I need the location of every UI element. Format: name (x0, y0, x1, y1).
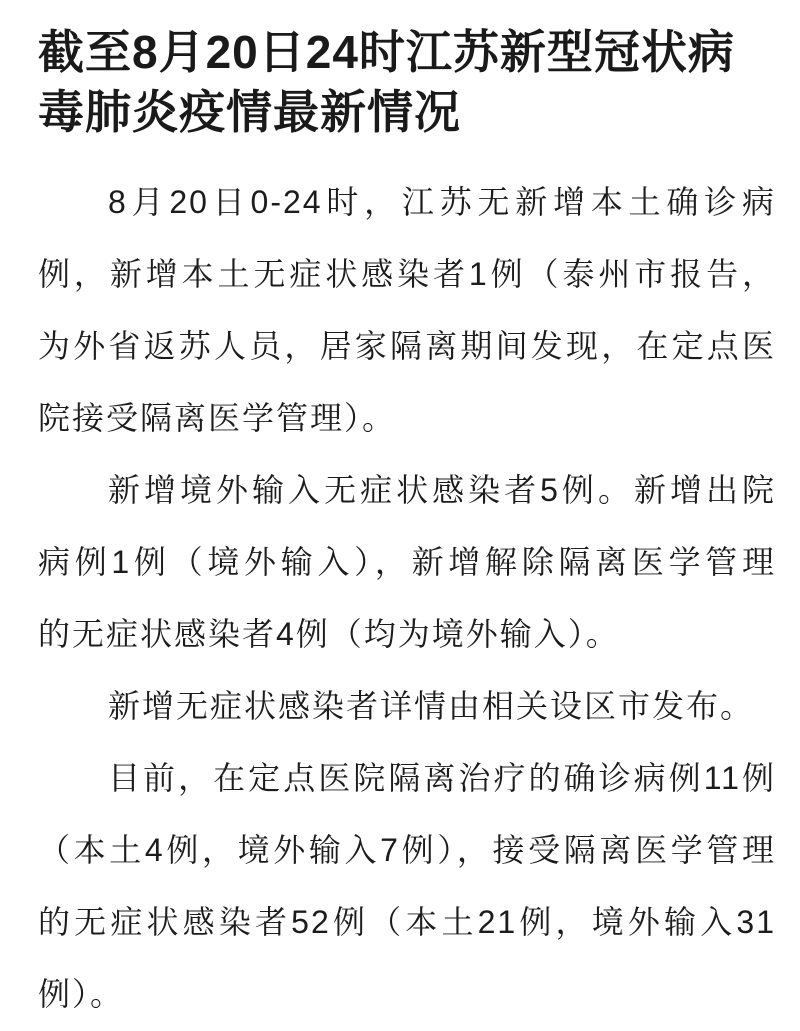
article-title: 截至8月20日24时江苏新型冠状病 毒肺炎疫情最新情况 (38, 22, 776, 142)
title-line: 毒肺炎疫情最新情况 (38, 82, 776, 142)
text-line: 的无症状感染者4例（均为境外输入）。 (38, 598, 776, 670)
text-line: 新增境外输入无症状感染者5例。新增出院 (38, 454, 776, 526)
text-line: （本土4例，境外输入7例），接受隔离医学管理 (38, 814, 776, 886)
article-body: 8月20日0-24时，江苏无新增本土确诊病 例，新增本土无症状感染者1例（泰州市… (38, 166, 776, 1030)
paragraph-imported-cases: 新增境外输入无症状感染者5例。新增出院 病例1例（境外输入），新增解除隔离医学管… (38, 454, 776, 670)
paragraph-new-local-cases: 8月20日0-24时，江苏无新增本土确诊病 例，新增本土无症状感染者1例（泰州市… (38, 166, 776, 454)
text-line: 的无症状感染者52例（本土21例，境外输入31 (38, 886, 776, 958)
text-line: 新增无症状感染者详情由相关设区市发布。 (38, 670, 776, 742)
title-line: 截至8月20日24时江苏新型冠状病 (38, 22, 776, 82)
text-line: 为外省返苏人员，居家隔离期间发现，在定点医 (38, 310, 776, 382)
text-line: 目前，在定点医院隔离治疗的确诊病例11例 (38, 742, 776, 814)
text-line: 8月20日0-24时，江苏无新增本土确诊病 (38, 166, 776, 238)
text-line: 院接受隔离医学管理）。 (38, 382, 776, 454)
paragraph-current-totals: 目前，在定点医院隔离治疗的确诊病例11例 （本土4例，境外输入7例），接受隔离医… (38, 742, 776, 1030)
article-page: 截至8月20日24时江苏新型冠状病 毒肺炎疫情最新情况 8月20日0-24时，江… (0, 0, 800, 1031)
text-line: 例）。 (38, 958, 776, 1030)
paragraph-details-release: 新增无症状感染者详情由相关设区市发布。 (38, 670, 776, 742)
text-line: 例，新增本土无症状感染者1例（泰州市报告， (38, 238, 776, 310)
text-line: 病例1例（境外输入），新增解除隔离医学管理 (38, 526, 776, 598)
